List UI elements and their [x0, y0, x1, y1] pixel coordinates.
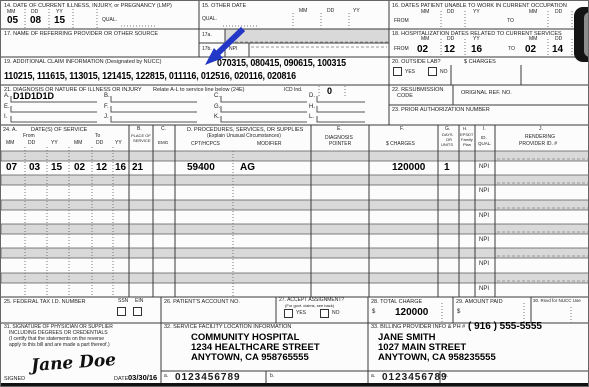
box14-qual-label: QUAL.	[102, 18, 117, 24]
box18-to-dd-value[interactable]: 14	[552, 44, 563, 55]
box31-certify-line2: apply to this bill and are made a part t…	[9, 343, 110, 349]
box24-e-sub2: POINTER	[329, 142, 351, 148]
line2-npi-label: NPI	[479, 188, 489, 195]
box24-from-mm-label: MM	[6, 141, 14, 147]
box23-title: 23. PRIOR AUTHORIZATION NUMBER	[392, 107, 490, 113]
box18-to-mm-value[interactable]: 02	[525, 44, 536, 55]
box20-no-label: NO	[440, 70, 448, 76]
line1-from-mm[interactable]: 07	[6, 162, 17, 173]
box24-emg-label: EMG	[158, 141, 168, 146]
line1-modifier[interactable]: AG	[240, 162, 255, 173]
box18-from-yy-value[interactable]: 16	[471, 44, 482, 55]
box27-yes-label: YES	[296, 311, 306, 317]
box24-to-mm-label: MM	[74, 141, 82, 147]
box33-provider-city[interactable]: ANYTOWN, CA 958235555	[378, 352, 496, 363]
line1-units[interactable]: 1	[444, 162, 450, 173]
box24-place-label-2: SERVICE	[133, 139, 151, 143]
box28-title: 28. TOTAL CHARGE	[371, 299, 422, 305]
box20-no-checkbox[interactable]	[428, 67, 437, 76]
box18-from-mm-label: MM	[421, 37, 429, 43]
box24-cpt-label: CPT/HCPCS	[191, 142, 220, 148]
box21-label-d: D.	[309, 93, 315, 100]
box24-g-sub3: UNITS	[441, 143, 453, 147]
box24-j-sub1: RENDERING	[525, 135, 555, 141]
box14-title: 14. DATE OF CURRENT ILLNESS, INJURY, or …	[4, 3, 172, 9]
box24-from-label: From	[23, 134, 35, 140]
box27-note: (For govt. claims, see back)	[285, 304, 334, 308]
box15-title: 15. OTHER DATE	[202, 3, 246, 9]
box24-i-label: I.	[483, 127, 486, 133]
box18-from-dd-label: DD	[447, 37, 454, 43]
box16-to-dd-label: DD	[555, 10, 562, 16]
box24-from-dd-label: DD	[28, 141, 35, 147]
box14-mm-value[interactable]: 05	[7, 15, 18, 26]
box29-dollar-label: $	[457, 309, 460, 316]
line1-cpt-code[interactable]: 59400	[187, 162, 215, 173]
box33-title: 33. BILLING PROVIDER INFO & PH #	[371, 324, 465, 330]
box25-ein-label: EIN	[135, 299, 143, 305]
box20-charges-label: $ CHARGES	[464, 59, 496, 65]
box18-from-dd-value[interactable]: 12	[444, 44, 455, 55]
box21-label-i: I.	[4, 114, 7, 121]
box24-i-sub2: QUAL.	[478, 142, 492, 147]
box18-to-dd-label: DD	[555, 37, 562, 43]
box31-date-value[interactable]: 03/30/16	[128, 373, 157, 382]
box27-no-checkbox[interactable]	[320, 309, 329, 318]
box28-total-charge-value[interactable]: 120000	[395, 307, 428, 318]
box21-subtitle: Relate A-L to service line below (24E)	[153, 87, 245, 93]
box16-from-mm-label: MM	[421, 10, 429, 16]
line1-from-yy[interactable]: 15	[51, 162, 62, 173]
line4-npi-label: NPI	[479, 237, 489, 244]
box33-npi-value[interactable]: 0123456789	[382, 372, 448, 383]
box31-signed-label: SIGNED	[4, 376, 25, 382]
box25-ein-checkbox[interactable]	[133, 307, 142, 316]
box18-to-label: TO	[508, 47, 515, 53]
box32-title: 32. SERVICE FACILITY LOCATION INFORMATIO…	[164, 324, 291, 330]
box24-j-sub2: PROVIDER ID. #	[519, 142, 557, 148]
box31-date-label: DATE	[114, 376, 128, 382]
box25-title: 25. FEDERAL TAX I.D. NUMBER	[4, 299, 86, 305]
box24-c-label: C.	[161, 127, 166, 133]
box33-a-label: a.	[371, 374, 375, 380]
box16-from-yy-label: YY	[473, 10, 480, 16]
line1-from-dd[interactable]: 03	[29, 162, 40, 173]
box16-from-label: FROM	[394, 19, 409, 25]
box24-b-label: B.	[137, 127, 142, 133]
line1-to-mm[interactable]: 02	[74, 162, 85, 173]
box15-mm-label: MM	[299, 9, 307, 15]
box30-title: 30. Rsvd for NUCC Use	[533, 299, 581, 304]
box21-label-h: H.	[309, 104, 315, 111]
box21-icd-label: ICD Ind.	[284, 88, 302, 94]
box28-dollar-label: $	[372, 309, 375, 316]
box20-title: 20. OUTSIDE LAB?	[392, 59, 441, 65]
box25-ssn-label: SSN	[118, 299, 128, 305]
box29-title: 29. AMOUNT PAID	[456, 299, 503, 305]
box20-yes-checkbox[interactable]	[393, 67, 402, 76]
box14-dd-value[interactable]: 08	[30, 15, 41, 26]
box18-to-mm-label: MM	[529, 37, 537, 43]
box21-icd-value[interactable]: 0	[327, 86, 332, 96]
annotation-arrow-icon	[197, 25, 249, 69]
box18-from-yy-label: YY	[473, 37, 480, 43]
box21-label-f: F.	[104, 104, 109, 111]
box24-e-label: E.	[337, 127, 342, 133]
box15-dd-label: DD	[327, 9, 334, 15]
box21-label-j: J.	[104, 114, 109, 121]
line1-charges[interactable]: 120000	[392, 162, 425, 173]
box24-f-sub: $ CHARGES	[386, 142, 415, 148]
box24-date-title: DATE(S) OF SERVICE	[31, 127, 87, 133]
edge-overlay-inner	[584, 12, 589, 57]
box21-label-a: A.	[4, 93, 10, 100]
box19-title: 19. ADDITIONAL CLAIM INFORMATION (Design…	[4, 59, 161, 65]
box24-j-label: J.	[539, 127, 543, 133]
line1-npi-label: NPI	[479, 164, 489, 171]
box26-title: 26. PATIENT'S ACCOUNT NO.	[164, 299, 240, 305]
box27-no-label: NO	[332, 311, 340, 317]
line1-to-yy[interactable]: 16	[115, 162, 126, 173]
line1-to-dd[interactable]: 12	[96, 162, 107, 173]
box32-b-label: b.	[270, 374, 274, 380]
box19-value-line2[interactable]: 110215, 111615, 113015, 121415, 122815, …	[4, 70, 296, 82]
line6-npi-label: NPI	[479, 286, 489, 293]
box18-from-mm-value[interactable]: 02	[417, 44, 428, 55]
box21-diagnosis-a-value[interactable]: D1D1D1D	[13, 91, 54, 101]
box33-phone-value[interactable]: ( 916 ) 555-5555	[468, 321, 542, 332]
box32-facility-city[interactable]: ANYTOWN, CA 958765555	[191, 352, 309, 363]
box16-to-mm-label: MM	[529, 10, 537, 16]
line3-npi-label: NPI	[479, 213, 489, 220]
box24-to-yy-label: YY	[115, 141, 122, 147]
box24-h-sub3: Plan	[463, 143, 471, 147]
box27-yes-checkbox[interactable]	[284, 309, 293, 318]
box22-code-label: CODE	[397, 93, 413, 99]
box24-from-yy-label: YY	[51, 141, 58, 147]
box20-yes-label: YES	[405, 70, 415, 76]
edge-overlay-button[interactable]	[574, 7, 589, 62]
box21-label-e: E.	[4, 104, 10, 111]
box15-qual-label: QUAL.	[202, 17, 217, 23]
box25-ssn-checkbox[interactable]	[117, 307, 126, 316]
box22-original-ref-label: ORIGINAL REF. NO.	[461, 90, 512, 96]
box14-yy-value[interactable]: 15	[54, 15, 65, 26]
box15-yy-label: YY	[353, 9, 360, 15]
box21-label-g: G.	[214, 104, 220, 111]
box17-title: 17. NAME OF REFERRING PROVIDER OR OTHER …	[4, 31, 158, 37]
line5-npi-label: NPI	[479, 261, 489, 268]
box24-modifier-label: MODIFIER	[257, 142, 281, 148]
line1-place-of-service[interactable]: 21	[132, 162, 143, 173]
box24-to-label: To	[95, 134, 100, 140]
box32-a-label: a.	[164, 374, 168, 380]
box21-label-b: B.	[104, 93, 110, 100]
box24-a-title: 24. A.	[3, 127, 17, 133]
box32-npi-value[interactable]: 0123456789	[175, 372, 241, 383]
box21-label-l: L.	[309, 114, 314, 121]
box18-from-label: FROM	[394, 47, 409, 53]
box33-b-label: b.	[444, 374, 448, 380]
cms1500-claim-form: 14. DATE OF CURRENT ILLNESS, INJURY, or …	[0, 0, 589, 387]
box16-from-dd-label: DD	[447, 10, 454, 16]
box16-to-label: TO	[507, 19, 514, 25]
box24-to-dd-label: DD	[96, 141, 103, 147]
box21-label-c: C.	[214, 93, 220, 100]
box21-label-k: K.	[214, 114, 220, 121]
box24-d-subtitle: (Explain Unusual Circumstances)	[207, 134, 281, 140]
box24-f-label: F.	[400, 127, 404, 133]
